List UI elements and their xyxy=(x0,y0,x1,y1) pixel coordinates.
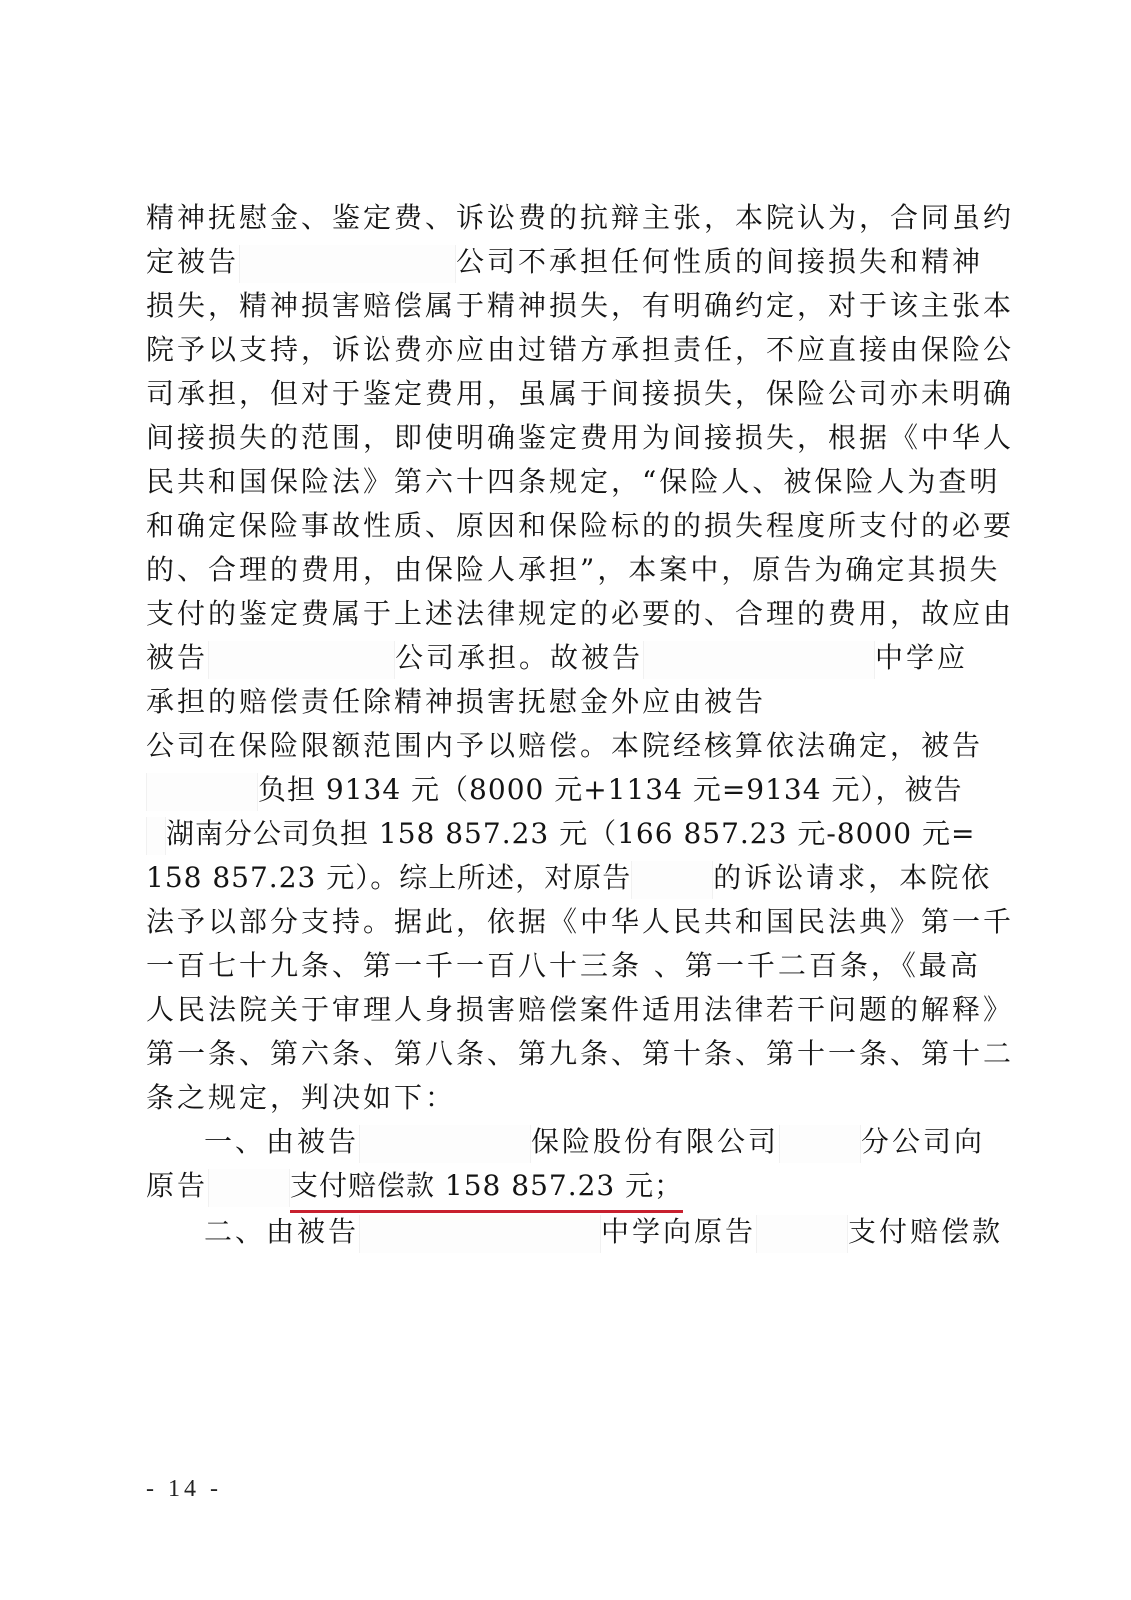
redacted-region xyxy=(779,1125,861,1163)
line-text: 负担 9134 元（8000 元+1134 元=9134 元），被告 xyxy=(258,768,962,812)
line-text: 人民法院关于审理人身损害赔偿案件适用法律若干问题的解释》 xyxy=(146,993,1014,1026)
line-text: 损失，精神损害赔偿属于精神损失，有明确约定，对于该主张本 xyxy=(146,289,1014,322)
line-text: 中学向原告 xyxy=(601,1210,756,1254)
line-text: 院予以支持，诉讼费亦应由过错方承担责任，不应直接由保险公 xyxy=(146,333,1014,366)
text-line-9: 的、合理的费用，由保险人承担”，本案中，原告为确定其损失 xyxy=(146,548,966,592)
text-line-8: 和确定保险事故性质、原因和保险标的的损失程度所支付的必要 xyxy=(146,504,966,548)
text-line-1: 精神抚慰金、鉴定费、诉讼费的抗辩主张，本院认为，合同虽约 xyxy=(146,196,966,240)
line-text: 法予以部分支持。据此，依据《中华人民共和国民法典》第一千 xyxy=(146,905,1014,938)
line-text: 公司在保险限额范围内予以赔偿。本院经核算依法确定，被告 xyxy=(146,729,983,762)
line-text: 公司承担。故被告 xyxy=(395,636,643,680)
redacted-region xyxy=(146,773,258,811)
line-text: 条之规定，判决如下： xyxy=(146,1081,456,1114)
line-text: 和确定保险事故性质、原因和保险标的的损失程度所支付的必要 xyxy=(146,509,1014,542)
text-line-3: 损失，精神损害赔偿属于精神损失，有明确约定，对于该主张本 xyxy=(146,284,966,328)
text-line-2: 定被告公司不承担任何性质的间接损失和精神 xyxy=(146,240,966,284)
text-line-7: 民共和国保险法》第六十四条规定，“保险人、被保险人为查明 xyxy=(146,460,966,504)
line-text: 原告 xyxy=(146,1164,208,1208)
line-text: 分公司向 xyxy=(861,1120,985,1164)
text-line-17: 法予以部分支持。据此，依据《中华人民共和国民法典》第一千 xyxy=(146,900,966,944)
text-line-5: 司承担，但对于鉴定费用，虽属于间接损失，保险公司亦未明确 xyxy=(146,372,966,416)
redacted-region xyxy=(239,245,456,283)
text-line-23: 原告支付赔偿款 158 857.23 元； xyxy=(146,1164,966,1208)
line-text: 支付的鉴定费属于上述法律规定的必要的、合理的费用，故应由 xyxy=(146,597,1014,630)
text-line-13: 公司在保险限额范围内予以赔偿。本院经核算依法确定，被告 xyxy=(146,724,966,768)
text-line-6: 间接损失的范围，即使明确鉴定费用为间接损失，根据《中华人 xyxy=(146,416,966,460)
line-text: 民共和国保险法》第六十四条规定，“保险人、被保险人为查明 xyxy=(146,465,1000,498)
redacted-region xyxy=(643,641,875,679)
redacted-region xyxy=(208,1169,290,1207)
text-line-11: 被告公司承担。故被告中学应 xyxy=(146,636,966,680)
line-text: 公司不承担任何性质的间接损失和精神 xyxy=(456,240,983,284)
line-text: 一、由被告 xyxy=(204,1120,359,1164)
line-text: 定被告 xyxy=(146,240,239,284)
line-text: 二、由被告 xyxy=(204,1210,359,1254)
text-line-19: 人民法院关于审理人身损害赔偿案件适用法律若干问题的解释》 xyxy=(146,988,966,1032)
text-line-24: 二、由被告中学向原告支付赔偿款 xyxy=(204,1210,966,1254)
text-line-12: 承担的赔偿责任除精神损害抚慰金外应由被告 xyxy=(146,680,966,724)
redacted-region xyxy=(756,1215,848,1253)
redacted-region xyxy=(359,1125,531,1163)
line-text: 保险股份有限公司 xyxy=(531,1120,779,1164)
line-text: 第一条、第六条、第八条、第九条、第十条、第十一条、第十二 xyxy=(146,1037,1014,1070)
line-text: 精神抚慰金、鉴定费、诉讼费的抗辩主张，本院认为，合同虽约 xyxy=(146,201,1014,234)
redacted-region xyxy=(631,861,713,899)
line-text: 中学应 xyxy=(875,636,968,680)
document-page: 精神抚慰金、鉴定费、诉讼费的抗辩主张，本院认为，合同虽约 定被告公司不承担任何性… xyxy=(0,0,1131,1600)
line-text: 被告 xyxy=(146,636,208,680)
text-line-18: 一百七十九条、第一千一百八十三条 、第一千二百条，《最高 xyxy=(146,944,966,988)
text-line-10: 支付的鉴定费属于上述法律规定的必要的、合理的费用，故应由 xyxy=(146,592,966,636)
line-text: 司承担，但对于鉴定费用，虽属于间接损失，保险公司亦未明确 xyxy=(146,377,1014,410)
line-text: 承担的赔偿责任除精神损害抚慰金外应由被告 xyxy=(146,685,766,718)
text-line-20: 第一条、第六条、第八条、第九条、第十条、第十一条、第十二 xyxy=(146,1032,966,1076)
line-text: 的、合理的费用，由保险人承担”，本案中，原告为确定其损失 xyxy=(146,553,1000,586)
line-text: 支付赔偿款 xyxy=(848,1210,1003,1254)
line-text: 湖南分公司负担 158 857.23 元（166 857.23 元-8000 元… xyxy=(166,812,975,856)
text-line-21: 条之规定，判决如下： xyxy=(146,1076,966,1120)
text-line-16: 158 857.23 元）。综上所述，对原告的诉讼请求，本院依 xyxy=(146,856,966,900)
text-line-22: 一、由被告保险股份有限公司分公司向 xyxy=(204,1120,966,1164)
redacted-region xyxy=(359,1215,601,1253)
line-text: 158 857.23 元）。综上所述，对原告 xyxy=(146,856,631,900)
line-text: 的诉讼请求，本院依 xyxy=(713,856,992,900)
line-text: 一百七十九条、第一千一百八十三条 、第一千二百条，《最高 xyxy=(146,949,981,982)
line-text: 间接损失的范围，即使明确鉴定费用为间接损失，根据《中华人 xyxy=(146,421,1014,454)
redacted-region xyxy=(208,641,395,679)
page-number: - 14 - xyxy=(146,1476,222,1503)
text-line-14: 负担 9134 元（8000 元+1134 元=9134 元），被告 xyxy=(146,768,966,812)
redacted-region xyxy=(146,817,166,855)
text-line-4: 院予以支持，诉讼费亦应由过错方承担责任，不应直接由保险公 xyxy=(146,328,966,372)
highlighted-payment-text: 支付赔偿款 158 857.23 元； xyxy=(290,1164,683,1213)
text-line-15: 湖南分公司负担 158 857.23 元（166 857.23 元-8000 元… xyxy=(146,812,966,856)
